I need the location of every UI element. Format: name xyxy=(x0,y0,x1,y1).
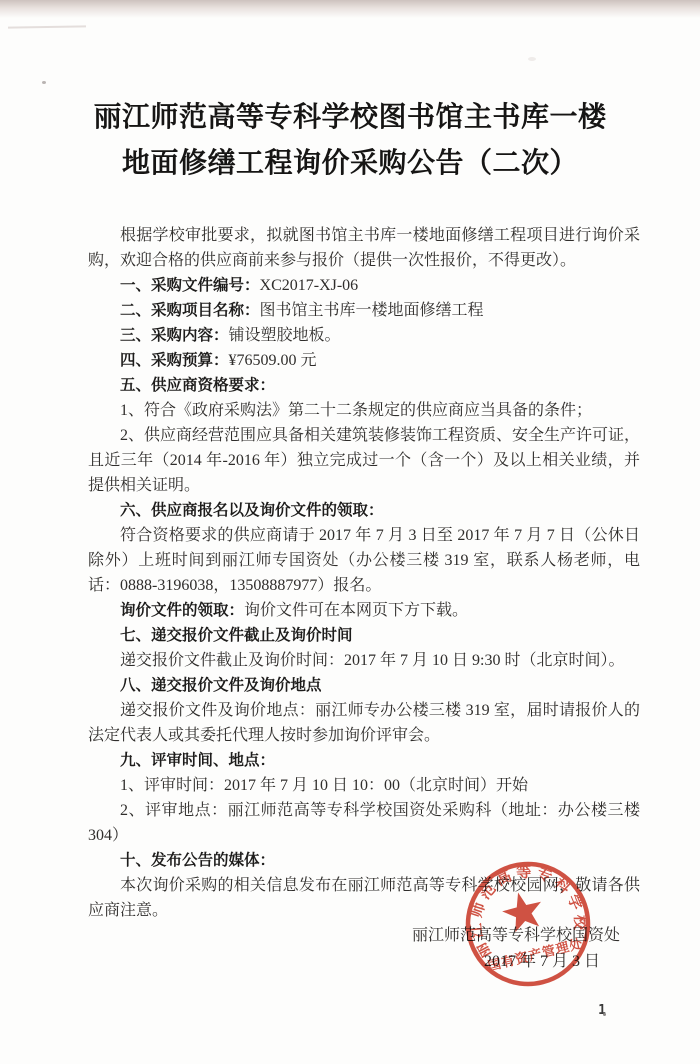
line-doc-number: 一、采购文件编号：XC2017-XJ-06 xyxy=(88,273,640,298)
signature-org: 丽江师范高等专科学校国资处 xyxy=(88,923,640,949)
line-budget: 四、采购预算：¥76509.00 元 xyxy=(88,348,640,373)
line-review-time-detail: 1、评审时间：2017 年 7 月 10 日 10：00（北京时间）开始 xyxy=(88,773,640,798)
page-number: 1 xyxy=(88,1003,640,1018)
line-qualification-item-1: 1、符合《政府采购法》第二十二条规定的供应商应当具备的条件； xyxy=(88,398,640,423)
line-location-detail: 递交报价文件及询价地点：丽江师专办公楼三楼 319 室，届时请报价人的法定代表人… xyxy=(88,698,640,748)
line-project-name: 二、采购项目名称：图书馆主书库一楼地面修缮工程 xyxy=(88,298,640,323)
heading-media: 十、发布公告的媒体： xyxy=(88,848,640,873)
title-line-2: 地面修缮工程询价采购公告（二次） xyxy=(122,148,578,179)
document-title: 丽江师范高等专科学校图书馆主书库一楼 地面修缮工程询价采购公告（二次） xyxy=(0,0,700,187)
scan-artifact-speck xyxy=(42,81,46,84)
title-line-1: 丽江师范高等专科学校图书馆主书库一楼 xyxy=(93,102,606,133)
line-qualification-item-2: 2、供应商经营范围应具备相关建筑装修装饰工程资质、安全生产许可证，且近三年（20… xyxy=(88,423,640,498)
heading-review-time: 九、评审时间、地点： xyxy=(88,748,640,773)
line-procure-content: 三、采购内容：铺设塑胶地板。 xyxy=(88,323,640,348)
intro-paragraph: 根据学校审批要求，拟就图书馆主书库一楼地面修缮工程项目进行询价采购，欢迎合格的供… xyxy=(88,223,640,273)
line-deadline-detail: 递交报价文件截止及询价时间：2017 年 7 月 10 日 9:30 时（北京时… xyxy=(88,648,640,673)
document-body: 根据学校审批要求，拟就图书馆主书库一楼地面修缮工程项目进行询价采购，欢迎合格的供… xyxy=(88,223,640,923)
heading-location: 八、递交报价文件及询价地点 xyxy=(88,673,640,698)
signature-block: 丽江师范高等专科学校国资处 2017 年 7 月 3 日 xyxy=(88,923,640,975)
heading-supplier-qualification: 五、供应商资格要求： xyxy=(88,373,640,398)
line-media-detail: 本次询价采购的相关信息发布在丽江师范高等专科学校校园网，敬请各供应商注意。 xyxy=(88,873,640,923)
scan-artifact-dot xyxy=(603,1013,606,1016)
heading-registration: 六、供应商报名以及询价文件的领取： xyxy=(88,498,640,523)
line-review-location-detail: 2、评审地点：丽江师范高等专科学校国资处采购科（地址：办公楼三楼 304） xyxy=(88,798,640,848)
line-document-download: 询价文件的领取：询价文件可在本网页下方下载。 xyxy=(88,598,640,623)
signature-date: 2017 年 7 月 3 日 xyxy=(88,949,640,975)
scan-artifact-smudge xyxy=(528,57,536,61)
line-registration-detail: 符合资格要求的供应商请于 2017 年 7 月 3 日至 2017 年 7 月 … xyxy=(88,523,640,598)
scan-edge-shadow xyxy=(0,0,700,18)
heading-deadline: 七、递交报价文件截止及询价时间 xyxy=(88,623,640,648)
